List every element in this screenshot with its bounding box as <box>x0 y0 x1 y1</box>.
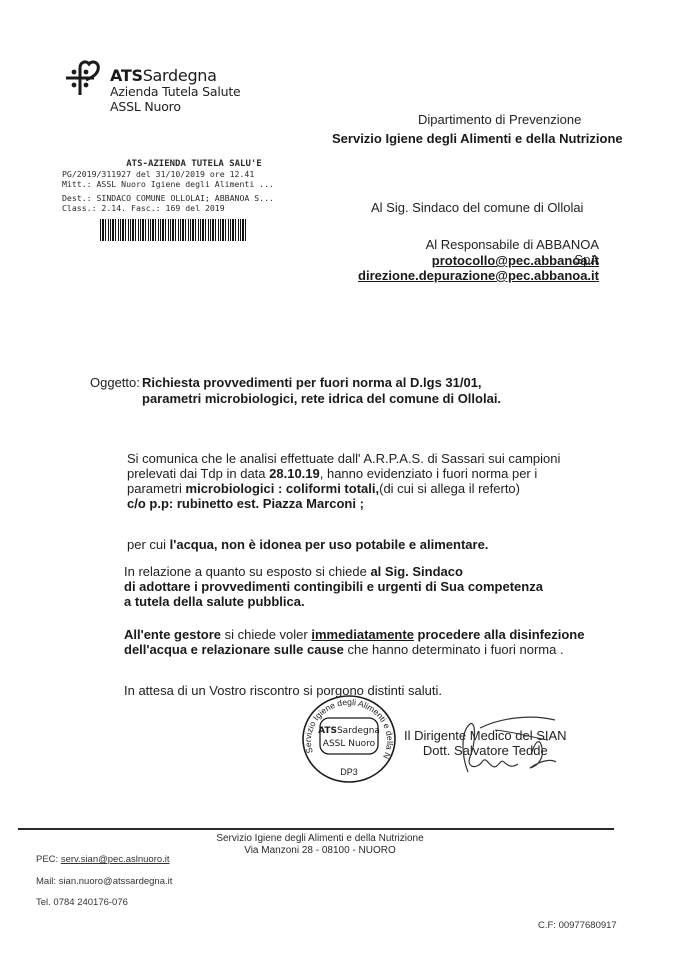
p1-text: prelevati dai Tdp in data <box>127 466 269 481</box>
p3-text: In relazione a quanto su esposto si chie… <box>124 564 370 579</box>
recipient-email-protocollo[interactable]: protocollo@pec.abbanoa.it <box>380 253 599 268</box>
logo-brand: ATSSardegna <box>110 68 241 84</box>
subject-text: Richiesta provvedimenti per fuori norma … <box>142 375 501 407</box>
p3-line-3: a tutela della salute pubblica. <box>124 594 543 609</box>
subject-line-2: parametri microbiologici, rete idrica de… <box>142 391 501 407</box>
p1-text-2: , hanno evidenziato i fuori norma per i <box>320 466 538 481</box>
stamp-sender: Mitt.: ASSL Nuoro Igiene degli Alimenti … <box>58 179 290 189</box>
svg-text:DP3: DP3 <box>340 767 358 777</box>
logo-assl: ASSL Nuoro <box>110 101 241 114</box>
p4-bold-2: procedere alla disinfezione <box>414 627 585 642</box>
p4-bold-3: dell'acqua e relazionare sulle cause <box>124 642 344 657</box>
pec-email-link[interactable]: serv.sian@pec.aslnuoro.it <box>61 854 170 865</box>
p4-immediately: immediatamente <box>311 627 414 642</box>
p3-bold-2: di adottare i provvedimenti contingibili… <box>124 579 543 594</box>
stamp-title: ATS-AZIENDA TUTELA SALU'E <box>58 159 290 169</box>
footer-phone: Tel. 0784 240176-076 <box>36 897 128 908</box>
p2-text: per cui <box>127 537 170 552</box>
parameters-bold: microbiologici : coliformi totali, <box>186 481 380 496</box>
department-name: Dipartimento di Prevenzione <box>418 112 581 127</box>
p1-line-2: prelevati dai Tdp in data 28.10.19, hann… <box>127 466 560 481</box>
p4-bold: All'ente gestore <box>124 627 221 642</box>
paragraph-request-gestore: All'ente gestore si chiede voler immedia… <box>124 627 584 657</box>
stamp-protocol-number: PG/2019/311927 del 31/10/2019 ore 12.41 <box>58 169 290 179</box>
pec-label: PEC: <box>36 854 61 865</box>
p4-line-2: dell'acqua e relazionare sulle cause che… <box>124 642 584 657</box>
footer-tax-code: C.F: 00977680917 <box>538 920 617 931</box>
sample-date: 28.10.19 <box>269 466 320 481</box>
p3-bold-3: a tutela della salute pubblica. <box>124 594 305 609</box>
recipient-sindaco: Al Sig. Sindaco del comune di Ollolai <box>371 200 583 215</box>
svg-text:ATSSardegna: ATSSardegna <box>318 726 380 736</box>
p4-line-1: All'ente gestore si chiede voler immedia… <box>124 627 584 642</box>
footer-service: Servizio Igiene degli Alimenti e della N… <box>0 833 640 844</box>
p1-line-1: Si comunica che le analisi effettuate da… <box>127 451 560 466</box>
paragraph-analysis: Si comunica che le analisi effettuate da… <box>127 451 560 511</box>
p1-text-4: (di cui si allega il referto) <box>379 481 520 496</box>
ats-logo-icon <box>64 58 104 98</box>
logo-subtitle: Azienda Tutela Salute <box>110 86 241 99</box>
svg-text:ASSL Nuoro: ASSL Nuoro <box>323 739 376 749</box>
logo-brand-rest: Sardegna <box>143 66 217 85</box>
p3-bold: al Sig. Sindaco <box>370 564 462 579</box>
p3-line-1: In relazione a quanto su esposto si chie… <box>124 564 543 579</box>
official-seal-icon: Servizio Igiene degli Alimenti e della N… <box>300 693 398 785</box>
stamp-recipient: Dest.: SINDACO COMUNE OLLOLAI; ABBANOA S… <box>58 193 290 203</box>
barcode-icon <box>100 219 248 241</box>
p1-line-3: parametri microbiologici : coliformi tot… <box>127 481 560 496</box>
letterhead-logo-text: ATSSardegna Azienda Tutela Salute ASSL N… <box>110 68 241 113</box>
p3-line-2: di adottare i provvedimenti contingibili… <box>124 579 543 594</box>
p1-line-4: c/o p.p: rubinetto est. Piazza Marconi ; <box>127 496 560 511</box>
subject-line-1: Richiesta provvedimenti per fuori norma … <box>142 375 501 391</box>
footer-divider <box>18 828 614 830</box>
paragraph-not-potable: per cui l'acqua, non è idonea per uso po… <box>127 537 488 552</box>
logo-brand-bold: ATS <box>110 66 143 85</box>
p2-bold: l'acqua, non è idonea per uso potabile e… <box>170 537 489 552</box>
paragraph-request-sindaco: In relazione a quanto su esposto si chie… <box>124 564 543 609</box>
p4-text: si chiede voler <box>221 627 311 642</box>
stamp-classification: Class.: 2.14. Fasc.: 169 del 2019 <box>58 203 290 213</box>
subject-label: Oggetto: <box>90 375 140 390</box>
service-name: Servizio Igiene degli Alimenti e della N… <box>332 131 623 146</box>
p1-text-3: parametri <box>127 481 186 496</box>
recipient-email-depurazione[interactable]: direzione.depurazione@pec.abbanoa.it <box>340 268 599 283</box>
footer-mail: Mail: sian.nuoro@atssardegna.it <box>36 876 172 887</box>
sample-location: c/o p.p: rubinetto est. Piazza Marconi ; <box>127 496 364 511</box>
p4-text-2: che hanno determinato i fuori norma . <box>344 642 564 657</box>
footer-pec: PEC: serv.sian@pec.aslnuoro.it <box>36 854 170 865</box>
handwritten-signature-icon <box>440 712 570 777</box>
